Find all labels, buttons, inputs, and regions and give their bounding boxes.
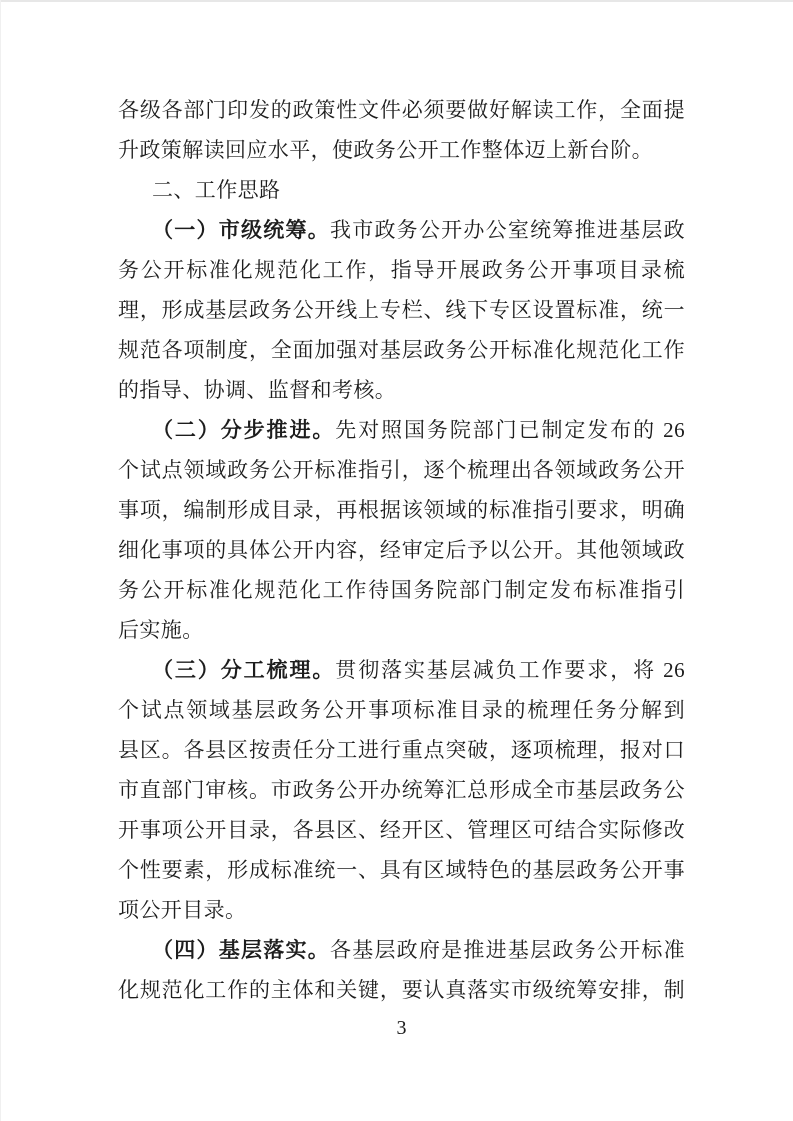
lead-rest-text: 各基层政府是推进基层政务公开标准 — [330, 938, 685, 962]
text-line: 务公开标准化规范化工作待国务院部门制定发布标准指引 — [118, 570, 685, 610]
section-lead: （三）分工梳理。 — [152, 658, 335, 682]
section-lead: （一）市级统筹。 — [152, 218, 330, 242]
text-line: 市直部门审核。市政务公开办统筹汇总形成全市基层政务公 — [118, 770, 685, 810]
section-paragraph-2: （二）分步推进。先对照国务院部门已制定发布的 26 个试点领域政务公开标准指引，… — [118, 410, 685, 650]
page-number: 3 — [118, 1012, 685, 1044]
lead-rest-text: 先对照国务院部门已制定发布的 26 — [335, 418, 685, 442]
section-lead: （四）基层落实。 — [152, 938, 330, 962]
lead-rest-text: 我市政务公开办公室统筹推进基层政 — [330, 218, 685, 242]
text-line: （四）基层落实。各基层政府是推进基层政务公开标准 — [118, 930, 685, 970]
document-page: 各级各部门印发的政策性文件必须要做好解读工作，全面提 升政策解读回应水平，使政务… — [0, 0, 793, 1121]
text-line: 个性要素，形成标准统一、具有区域特色的基层政务公开事 — [118, 850, 685, 890]
intro-paragraph: 各级各部门印发的政策性文件必须要做好解读工作，全面提 升政策解读回应水平，使政务… — [118, 90, 685, 170]
text-line: 务公开标准化规范化工作，指导开展政务公开事项目录梳 — [118, 250, 685, 290]
section-lead: （二）分步推进。 — [152, 418, 335, 442]
text-line: （二）分步推进。先对照国务院部门已制定发布的 26 — [118, 410, 685, 450]
section-paragraph-3: （三）分工梳理。贯彻落实基层减负工作要求，将 26 个试点领域基层政务公开事项标… — [118, 650, 685, 930]
text-line: 理，形成基层政务公开线上专栏、线下专区设置标准，统一 — [118, 290, 685, 330]
text-line: 的指导、协调、监督和考核。 — [118, 370, 685, 410]
text-line: （一）市级统筹。我市政务公开办公室统筹推进基层政 — [118, 210, 685, 250]
section-paragraph-1: （一）市级统筹。我市政务公开办公室统筹推进基层政 务公开标准化规范化工作，指导开… — [118, 210, 685, 410]
page-body-text: 各级各部门印发的政策性文件必须要做好解读工作，全面提 升政策解读回应水平，使政务… — [118, 90, 685, 1010]
text-line: 个试点领域政务公开标准指引，逐个梳理出各领域政务公开 — [118, 450, 685, 490]
text-line: 升政策解读回应水平，使政务公开工作整体迈上新台阶。 — [118, 130, 685, 170]
text-line: 事项，编制形成目录，再根据该领域的标准指引要求，明确 — [118, 490, 685, 530]
section-paragraph-4: （四）基层落实。各基层政府是推进基层政务公开标准 化规范化工作的主体和关键，要认… — [118, 930, 685, 1010]
section-heading: 二、工作思路 — [118, 170, 685, 210]
text-line: 各级各部门印发的政策性文件必须要做好解读工作，全面提 — [118, 90, 685, 130]
text-line: 项公开目录。 — [118, 890, 685, 930]
text-line: 化规范化工作的主体和关键，要认真落实市级统筹安排，制 — [118, 970, 685, 1010]
text-line: 后实施。 — [118, 610, 685, 650]
text-line: 开事项公开目录，各县区、经开区、管理区可结合实际修改 — [118, 810, 685, 850]
text-line: 个试点领域基层政务公开事项标准目录的梳理任务分解到 — [118, 690, 685, 730]
text-line: 规范各项制度，全面加强对基层政务公开标准化规范化工作 — [118, 330, 685, 370]
text-line: （三）分工梳理。贯彻落实基层减负工作要求，将 26 — [118, 650, 685, 690]
text-line: 县区。各县区按责任分工进行重点突破，逐项梳理，报对口 — [118, 730, 685, 770]
scan-edge-artifact — [0, 0, 1, 1121]
text-line: 细化事项的具体公开内容，经审定后予以公开。其他领域政 — [118, 530, 685, 570]
scan-edge-artifact — [0, 0, 793, 2]
lead-rest-text: 贯彻落实基层减负工作要求，将 26 — [335, 658, 685, 682]
